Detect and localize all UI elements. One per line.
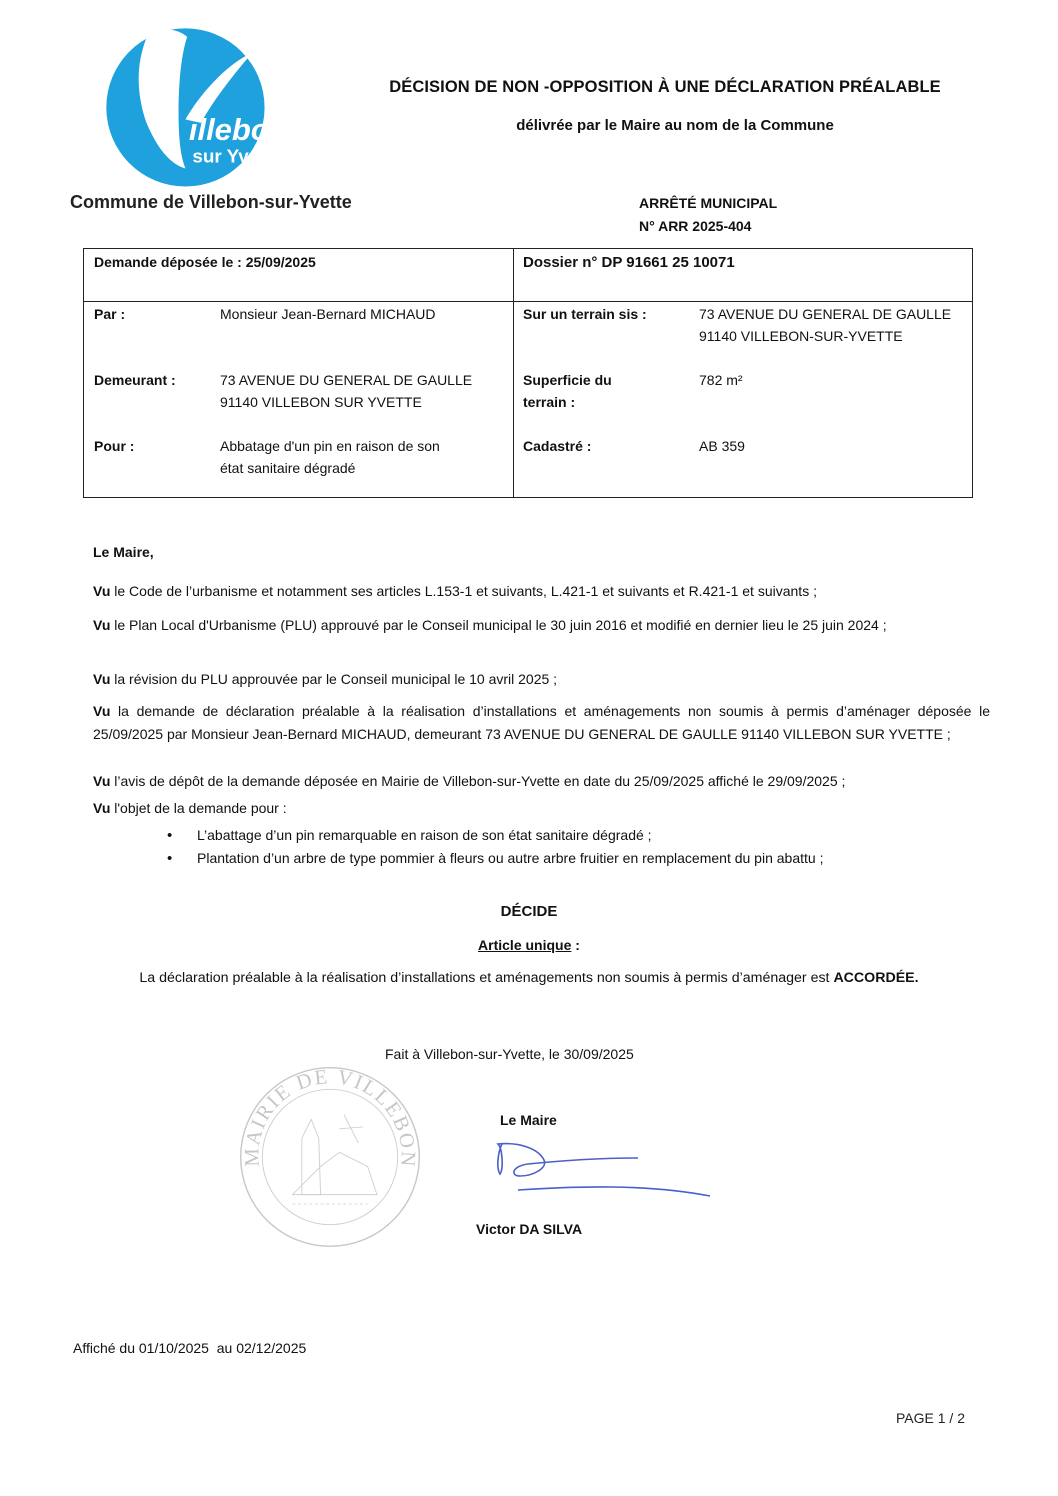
logo-graphic: illebon sur Yvette — [96, 18, 268, 190]
stamp-icon: MAIRIE DE VILLEBON-SUR-YVETTE — [236, 1063, 424, 1251]
vu-word: Vu — [93, 773, 110, 789]
table-row-divider — [84, 301, 972, 302]
decision-result: ACCORDÉE. — [833, 970, 918, 986]
article-heading: Article unique : — [0, 937, 1058, 953]
decide-heading: DÉCIDE — [0, 903, 1058, 920]
consideration-3: Vu la révision du PLU approuvée par le C… — [93, 668, 990, 691]
page-number: PAGE 1 / 2 — [896, 1410, 965, 1426]
consideration-6: Vu l'objet de la demande pour : — [93, 797, 990, 820]
value-superficie: 782 m² — [699, 369, 743, 391]
intro-le-maire: Le Maire, — [93, 541, 990, 564]
value-pour-line2: état sanitaire dégradé — [220, 457, 355, 479]
demande-date: Demande déposée le : 25/09/2025 — [94, 251, 316, 273]
vu-word: Vu — [93, 800, 110, 816]
value-terrain-line1: 73 AVENUE DU GENERAL DE GAULLE — [699, 303, 951, 325]
handwritten-signature — [488, 1138, 713, 1200]
arrete-label: ARRÊTÉ MUNICIPAL — [639, 195, 777, 211]
commune-name: Commune de Villebon-sur-Yvette — [70, 192, 352, 213]
vu-word: Vu — [93, 703, 110, 719]
table-column-divider — [513, 249, 514, 497]
label-demeurant: Demeurant : — [94, 369, 176, 391]
consideration-5: Vu l’avis de dépôt de la demande déposée… — [93, 770, 990, 793]
label-par: Par : — [94, 303, 125, 325]
signatory-name: Victor DA SILVA — [476, 1221, 582, 1237]
consideration-2: Vu le Plan Local d'Urbanisme (PLU) appro… — [93, 614, 990, 637]
label-superficie-line1: Superficie du — [523, 369, 612, 391]
request-objects-list: L’abattage d’un pin remarquable en raiso… — [165, 824, 985, 870]
vu-word: Vu — [93, 617, 110, 633]
place-and-date: Fait à Villebon-sur-Yvette, le 30/09/202… — [385, 1046, 634, 1062]
official-stamp: MAIRIE DE VILLEBON-SUR-YVETTE — [236, 1063, 424, 1251]
consideration-4: Vu la demande de déclaration préalable à… — [93, 700, 990, 746]
arrete-number: N° ARR 2025-404 — [639, 218, 751, 234]
list-item: Plantation d’un arbre de type pommier à … — [165, 847, 985, 870]
list-item: L’abattage d’un pin remarquable en raiso… — [165, 824, 985, 847]
dossier-number: Dossier n° DP 91661 25 10071 — [523, 252, 735, 274]
vu-word: Vu — [93, 583, 110, 599]
signature-icon — [488, 1138, 713, 1200]
value-cadastre: AB 359 — [699, 435, 745, 457]
value-demeurant-line2: 91140 VILLEBON SUR YVETTE — [220, 391, 422, 413]
display-period: Affiché du 01/10/2025 au 02/12/2025 — [73, 1340, 306, 1356]
villebon-logo: illebon sur Yvette — [96, 18, 268, 190]
label-superficie-line2: terrain : — [523, 391, 575, 413]
svg-text:illebon: illebon — [189, 112, 268, 147]
value-pour-line1: Abbatage d'un pin en raison de son — [220, 435, 440, 457]
value-terrain-line2: 91140 VILLEBON-SUR-YVETTE — [699, 325, 903, 347]
vu-word: Vu — [93, 671, 110, 687]
document-subtitle: délivrée par le Maire au nom de la Commu… — [330, 117, 1020, 134]
document-title: DÉCISION DE NON -OPPOSITION À UNE DÉCLAR… — [330, 78, 1000, 97]
svg-text:MAIRIE DE VILLEBON-SUR-YVETTE: MAIRIE DE VILLEBON-SUR-YVETTE — [236, 1063, 419, 1169]
svg-text:sur Yvette: sur Yvette — [192, 146, 268, 167]
consideration-1: Vu le Code de l’urbanisme et notamment s… — [93, 580, 990, 603]
value-par: Monsieur Jean-Bernard MICHAUD — [220, 303, 436, 325]
request-info-table: Demande déposée le : 25/09/2025 Dossier … — [83, 248, 973, 498]
value-demeurant-line1: 73 AVENUE DU GENERAL DE GAULLE — [220, 369, 472, 391]
decision-statement: La déclaration préalable à la réalisatio… — [0, 970, 1058, 986]
label-pour: Pour : — [94, 435, 134, 457]
label-terrain: Sur un terrain sis : — [523, 303, 647, 325]
label-cadastre: Cadastré : — [523, 435, 591, 457]
signatory-role: Le Maire — [500, 1112, 557, 1128]
